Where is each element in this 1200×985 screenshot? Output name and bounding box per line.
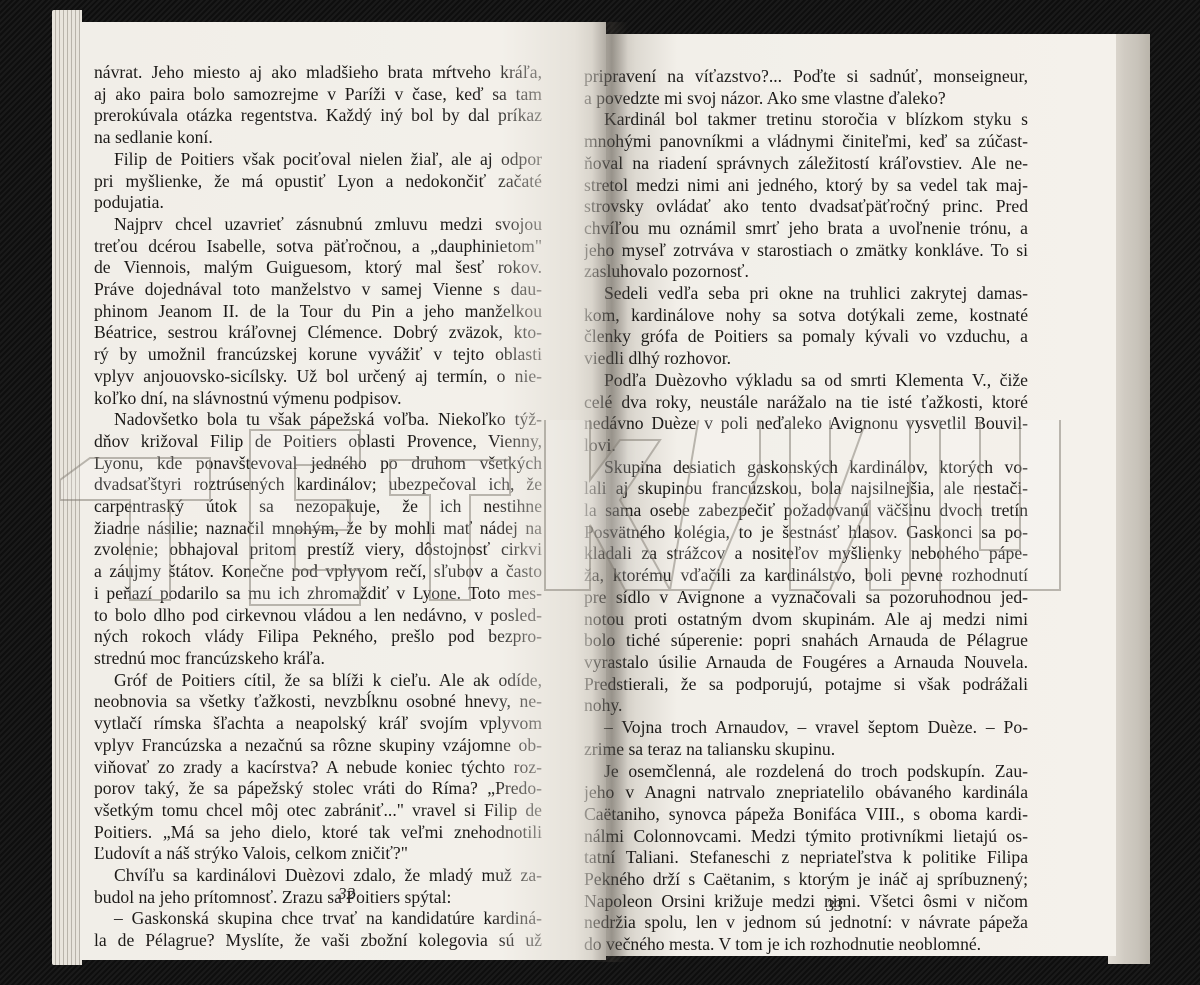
text-line: Béatrice, sestrou kráľovnej Clémence. Do… <box>94 322 542 344</box>
text-line: phinom Jeanom II. de la Tour du Pin a je… <box>94 301 542 323</box>
text-line: návrat. Jeho miesto aj ako mladšieho bra… <box>94 62 542 84</box>
text-line: – Vojna troch Arnaudov, – vravel šeptom … <box>584 717 1028 739</box>
text-line: žiadne násilie; naznačil mnohým, že by m… <box>94 518 542 540</box>
text-line: strovsky ovládať ako tento dvadsaťpäťroč… <box>584 196 1028 218</box>
text-line: Sedeli vedľa seba pri okne na truhlici z… <box>584 283 1028 305</box>
text-line: Pekného drží s Caëtanim, s ktorým je iná… <box>584 869 1028 891</box>
text-line: Poitiers. „Má sa jeho dielo, ktoré tak v… <box>94 822 542 844</box>
text-line: nálmi Colonnovcami. Medzi týmito protivn… <box>584 826 1028 848</box>
text-line: mnohými panovníkmi a vládnymi činiteľmi,… <box>584 131 1028 153</box>
text-line: stretol medzi nimi ani jedného, ktorý by… <box>584 175 1028 197</box>
text-line: jeho v Anagni natrvalo znepriatelilo obá… <box>584 782 1028 804</box>
text-line: pre sídlo v Avignone a vyznačovali sa po… <box>584 587 1028 609</box>
text-line: Nadovšetko bola tu však pápežská voľba. … <box>94 409 542 431</box>
text-line: podujatia. <box>94 192 542 214</box>
text-line: prerokúvala otázka regentstva. Každý iný… <box>94 105 542 127</box>
text-line: ža, ktorému vďačili za kardinálstvo, bol… <box>584 565 1028 587</box>
text-line: celé dva roky, neustále narážalo na tie … <box>584 392 1028 414</box>
text-line: carpentraský útok sa nezopakuje, že ich … <box>94 496 542 518</box>
left-page-text: návrat. Jeho miesto aj ako mladšieho bra… <box>94 62 542 952</box>
text-line: a záujmy štátov. Konečne pod vplyvom reč… <box>94 561 542 583</box>
text-line: nohy. <box>584 695 1028 717</box>
text-line: treťou dcérou Isabelle, sotva päťročnou,… <box>94 236 542 258</box>
text-line: viňovať zo zrady a kacírstva? A nebude k… <box>94 757 542 779</box>
text-line: porov taký, že sa pápežský stolec vráti … <box>94 778 542 800</box>
text-line: tatní Taliani. Stefaneschi z nepriateľst… <box>584 847 1028 869</box>
text-line: a povedzte mi svoj názor. Ako sme vlastn… <box>584 88 1028 110</box>
text-line: pri myšlienke, že má opustiť Lyon a nedo… <box>94 171 542 193</box>
page-number-left: 32 <box>338 884 355 904</box>
text-line: ňoval na riadení správnych záležitostí k… <box>584 153 1028 175</box>
text-line: la sama osebe zabezpečiť požadovanú väčš… <box>584 500 1028 522</box>
text-line: vyrastalo úsilie Arnauda de Fougéres a A… <box>584 652 1028 674</box>
text-line: kom, kardinálove nohy sa sotva dotýkali … <box>584 305 1028 327</box>
text-line: lali aj skupinou francúzskou, bola najsi… <box>584 478 1028 500</box>
text-line: vplyv anjouovsko-sicílsky. Už bol určený… <box>94 366 542 388</box>
text-line: budol na jeho prítomnosť. Zrazu sa Poiti… <box>94 887 542 909</box>
text-line: Kardinál bol takmer tretinu storočia v b… <box>584 109 1028 131</box>
text-line: notou proti ostatným dvom skupinám. Ale … <box>584 609 1028 631</box>
text-line: Predstierali, že sa podporujú, potajme s… <box>584 674 1028 696</box>
text-line: Posvätného kolégia, to je šestnásť hlaso… <box>584 522 1028 544</box>
text-line: všetkým tomu chcel môj otec zabrániť..."… <box>94 800 542 822</box>
text-line: Chvíľu sa kardinálovi Duèzovi zdalo, že … <box>94 865 542 887</box>
text-line: neobnovia sa všetky ťažkosti, nevzbĺknu … <box>94 691 542 713</box>
text-line: zvolenie; obhajoval pritom prestíž viery… <box>94 539 542 561</box>
text-line: Filip de Poitiers však pociťoval nielen … <box>94 149 542 171</box>
text-line: vytlačí rímska šľachta a neapolský kráľ … <box>94 713 542 735</box>
text-line: lovi. <box>584 435 1028 457</box>
text-line: dvadsaťštyri roztrúsených kardinálov; ub… <box>94 474 542 496</box>
text-line: nedávno Duèze v poli neďaleko Avignonu v… <box>584 413 1028 435</box>
text-line: pripravení na víťazstvo?... Poďte si sad… <box>584 66 1028 88</box>
text-line: ných rokoch vlády Filipa Pekného, prešlo… <box>94 626 542 648</box>
text-line: jeho myseľ zotrváva v starostiach o zmät… <box>584 240 1028 262</box>
text-line: i peňazí podarilo sa mu ich zhromaždiť v… <box>94 583 542 605</box>
text-line: Podľa Duèzovho výkladu sa od smrti Kleme… <box>584 370 1028 392</box>
text-line: bolo tiché súperenie: popri snahách Arna… <box>584 630 1028 652</box>
text-line: Caëtaniho, synovca pápeža Bonifáca VIII.… <box>584 804 1028 826</box>
text-line: chvíľou mu oznámil smrť jeho brata a uvo… <box>584 218 1028 240</box>
text-line: Najprv chcel uzavrieť zásnubnú zmluvu me… <box>94 214 542 236</box>
text-line: zrime sa teraz na taliansku skupinu. <box>584 739 1028 761</box>
text-line: nedržia spolu, len v jednom sú jednotní:… <box>584 912 1028 934</box>
text-line: Lyonu, kde ponavštevoval jedného po druh… <box>94 453 542 475</box>
text-line: Ľudovít a náš strýko Valois, celkom znič… <box>94 843 542 865</box>
text-line: zasluhovalo pozornosť. <box>584 261 1028 283</box>
text-line: aj ako paira bolo samozrejme v Paríži v … <box>94 84 542 106</box>
text-line: de Viennois, malým Guiguesom, ktorý mal … <box>94 257 542 279</box>
text-line: koľko dní, na slávnostnú výmenu podpisov… <box>94 388 542 410</box>
text-line: Gróf de Poitiers cítil, že sa blíži k ci… <box>94 670 542 692</box>
left-page-edges <box>52 10 82 965</box>
text-line: Práve dojednával toto manželstvo v samej… <box>94 279 542 301</box>
right-page-text: pripravení na víťazstvo?... Poďte si sad… <box>584 66 1028 956</box>
text-line: dňov križoval Filip de Poitiers oblasti … <box>94 431 542 453</box>
text-line: Napoleon Orsini križuje medzi nimi. Všet… <box>584 891 1028 913</box>
text-line: viedli dlhý rozhovor. <box>584 348 1028 370</box>
text-line: Je osemčlenná, ale rozdelená do troch po… <box>584 761 1028 783</box>
text-line: do večného mesta. V tom je ich rozhodnut… <box>584 934 1028 956</box>
text-line: strednú moc francúzskeho kráľa. <box>94 648 542 670</box>
text-line: vplyv Francúzska a nezačnú sa rôzne skup… <box>94 735 542 757</box>
text-line: kladali za strážcov a nositeľov myšlienk… <box>584 543 1028 565</box>
text-line: to bolo dlho pod cirkevnou vládou a len … <box>94 605 542 627</box>
text-line: la de Pélagrue? Myslíte, že vaši zbožní … <box>94 930 542 952</box>
text-line: členky grófa de Poitiers sa pomaly kýval… <box>584 326 1028 348</box>
text-line: na sedlanie koní. <box>94 127 542 149</box>
page-number-right: 33 <box>826 896 843 916</box>
text-line: rý by umožnil francúzskej korune vyvážiť… <box>94 344 542 366</box>
text-line: Skupina desiatich gaskonských kardinálov… <box>584 457 1028 479</box>
text-line: – Gaskonská skupina chce trvať na kandid… <box>94 908 542 930</box>
